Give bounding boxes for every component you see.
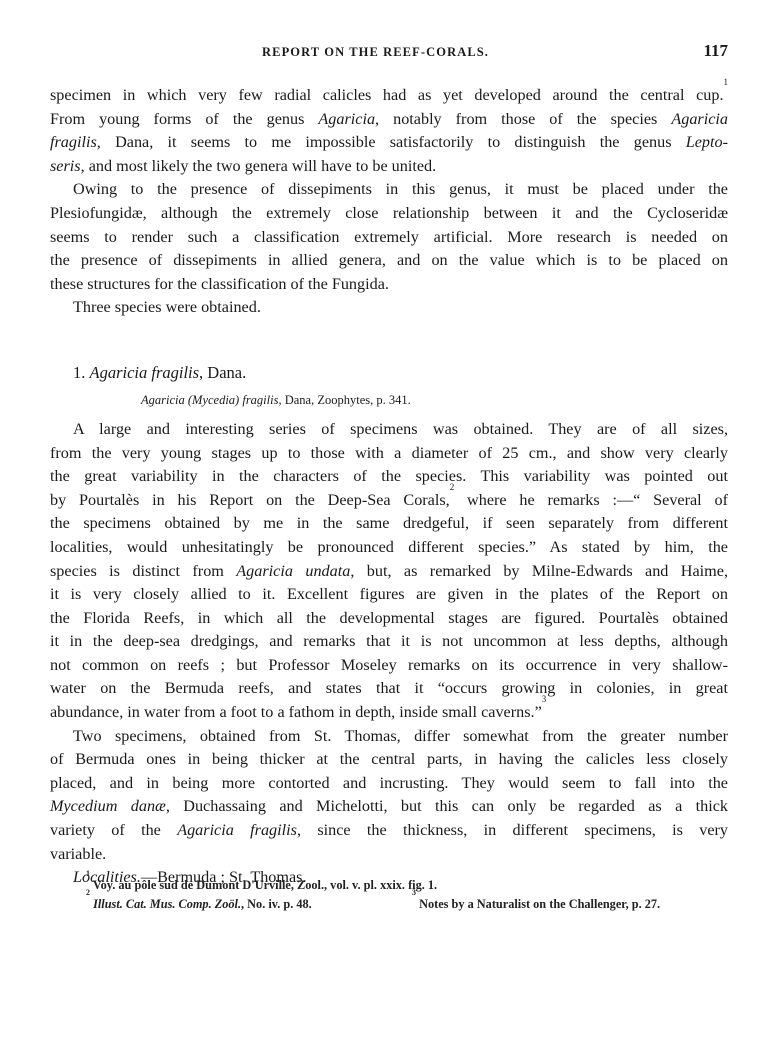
page-number: 117 xyxy=(703,41,728,61)
footnotes: 1 Voy. au pôle sud de Dumont D'Urville, … xyxy=(86,876,706,913)
spacer xyxy=(50,320,728,360)
text-line: abundance, in water from a foot to a fat… xyxy=(50,701,728,725)
species-title-name: Agaricia fragilis xyxy=(90,363,200,382)
text-line: Plesiofungidæ, although the extremely cl… xyxy=(50,202,728,226)
running-head: REPORT ON THE REEF-CORALS. xyxy=(262,45,489,60)
species-heading: 1. Agaricia fragilis, Dana. xyxy=(50,360,728,386)
footnote-ref-1[interactable]: 1 xyxy=(724,77,729,87)
footnote-ref-2[interactable]: 2 xyxy=(450,482,455,492)
species-name: Agaricia fragilis xyxy=(177,821,297,839)
footnote-row: 2 Illust. Cat. Mus. Comp. Zoöl., No. iv.… xyxy=(86,895,706,914)
text-line: variable. xyxy=(50,843,728,867)
genus-name: Lepto- xyxy=(686,133,728,151)
footnote-2: 2 Illust. Cat. Mus. Comp. Zoöl., No. iv.… xyxy=(86,897,312,911)
text-line: from the very young stages up to those w… xyxy=(50,442,728,466)
text-line: not common on reefs ; but Professor Mose… xyxy=(50,654,728,678)
genus-name: Agaricia xyxy=(318,110,375,128)
page-header: REPORT ON THE REEF-CORALS. 117 xyxy=(50,44,728,64)
species-name: Agaricia undata xyxy=(236,562,350,580)
text-line: the great variability in the characters … xyxy=(50,465,728,489)
text-line: seris, and most likely the two genera wi… xyxy=(50,155,728,179)
text-line: A large and interesting series of specim… xyxy=(50,418,728,442)
species-name: Mycedium danæ xyxy=(50,797,166,815)
text-line: the specimens obtained by me in the same… xyxy=(50,512,728,536)
text-line: the presence of dissepiments in allied g… xyxy=(50,249,728,273)
text-line: of Bermuda ones in being thicker at the … xyxy=(50,748,728,772)
text-line: fragilis, Dana, it seems to me impossibl… xyxy=(50,131,728,155)
footnote-3: 3 Notes by a Naturalist on the Challenge… xyxy=(412,895,660,914)
text-line: placed, and in being more contorted and … xyxy=(50,772,728,796)
text-line: Mycedium danæ, Duchassaing and Michelott… xyxy=(50,795,728,819)
body-text: specimen in which very few radial calicl… xyxy=(50,84,728,890)
text-line: Owing to the presence of dissepiments in… xyxy=(50,178,728,202)
synonymy-line: Agaricia (Mycedia) fragilis, Dana, Zooph… xyxy=(50,390,728,410)
species-name: fragilis xyxy=(50,133,97,151)
text-line: specimen in which very few radial calicl… xyxy=(50,84,728,108)
text-line: it in the deep-sea dredgings, and remark… xyxy=(50,630,728,654)
text-line: localities, would unhesitatingly be pron… xyxy=(50,536,728,560)
text-line: Two specimens, obtained from St. Thomas,… xyxy=(50,725,728,749)
footnote-ref-3[interactable]: 3 xyxy=(542,694,547,704)
text-line: From young forms of the genus Agaricia, … xyxy=(50,108,728,132)
text-line: seems to render such a classification ex… xyxy=(50,226,728,250)
text-line: the Florida Reefs, in which all the deve… xyxy=(50,607,728,631)
footnote-1: 1 Voy. au pôle sud de Dumont D'Urville, … xyxy=(86,876,706,895)
text-line: it is very closely allied to it. Excelle… xyxy=(50,583,728,607)
text-line: water on the Bermuda reefs, and states t… xyxy=(50,677,728,701)
text-line: Three species were obtained. xyxy=(50,296,728,320)
text-line: by Pourtalès in his Report on the Deep-S… xyxy=(50,489,728,513)
genus-name: Agaricia xyxy=(671,110,728,128)
text-line: variety of the Agaricia fragilis, since … xyxy=(50,819,728,843)
genus-name: seris xyxy=(50,157,81,175)
text-line: these structures for the classification … xyxy=(50,273,728,297)
text-line: species is distinct from Agaricia undata… xyxy=(50,560,728,584)
